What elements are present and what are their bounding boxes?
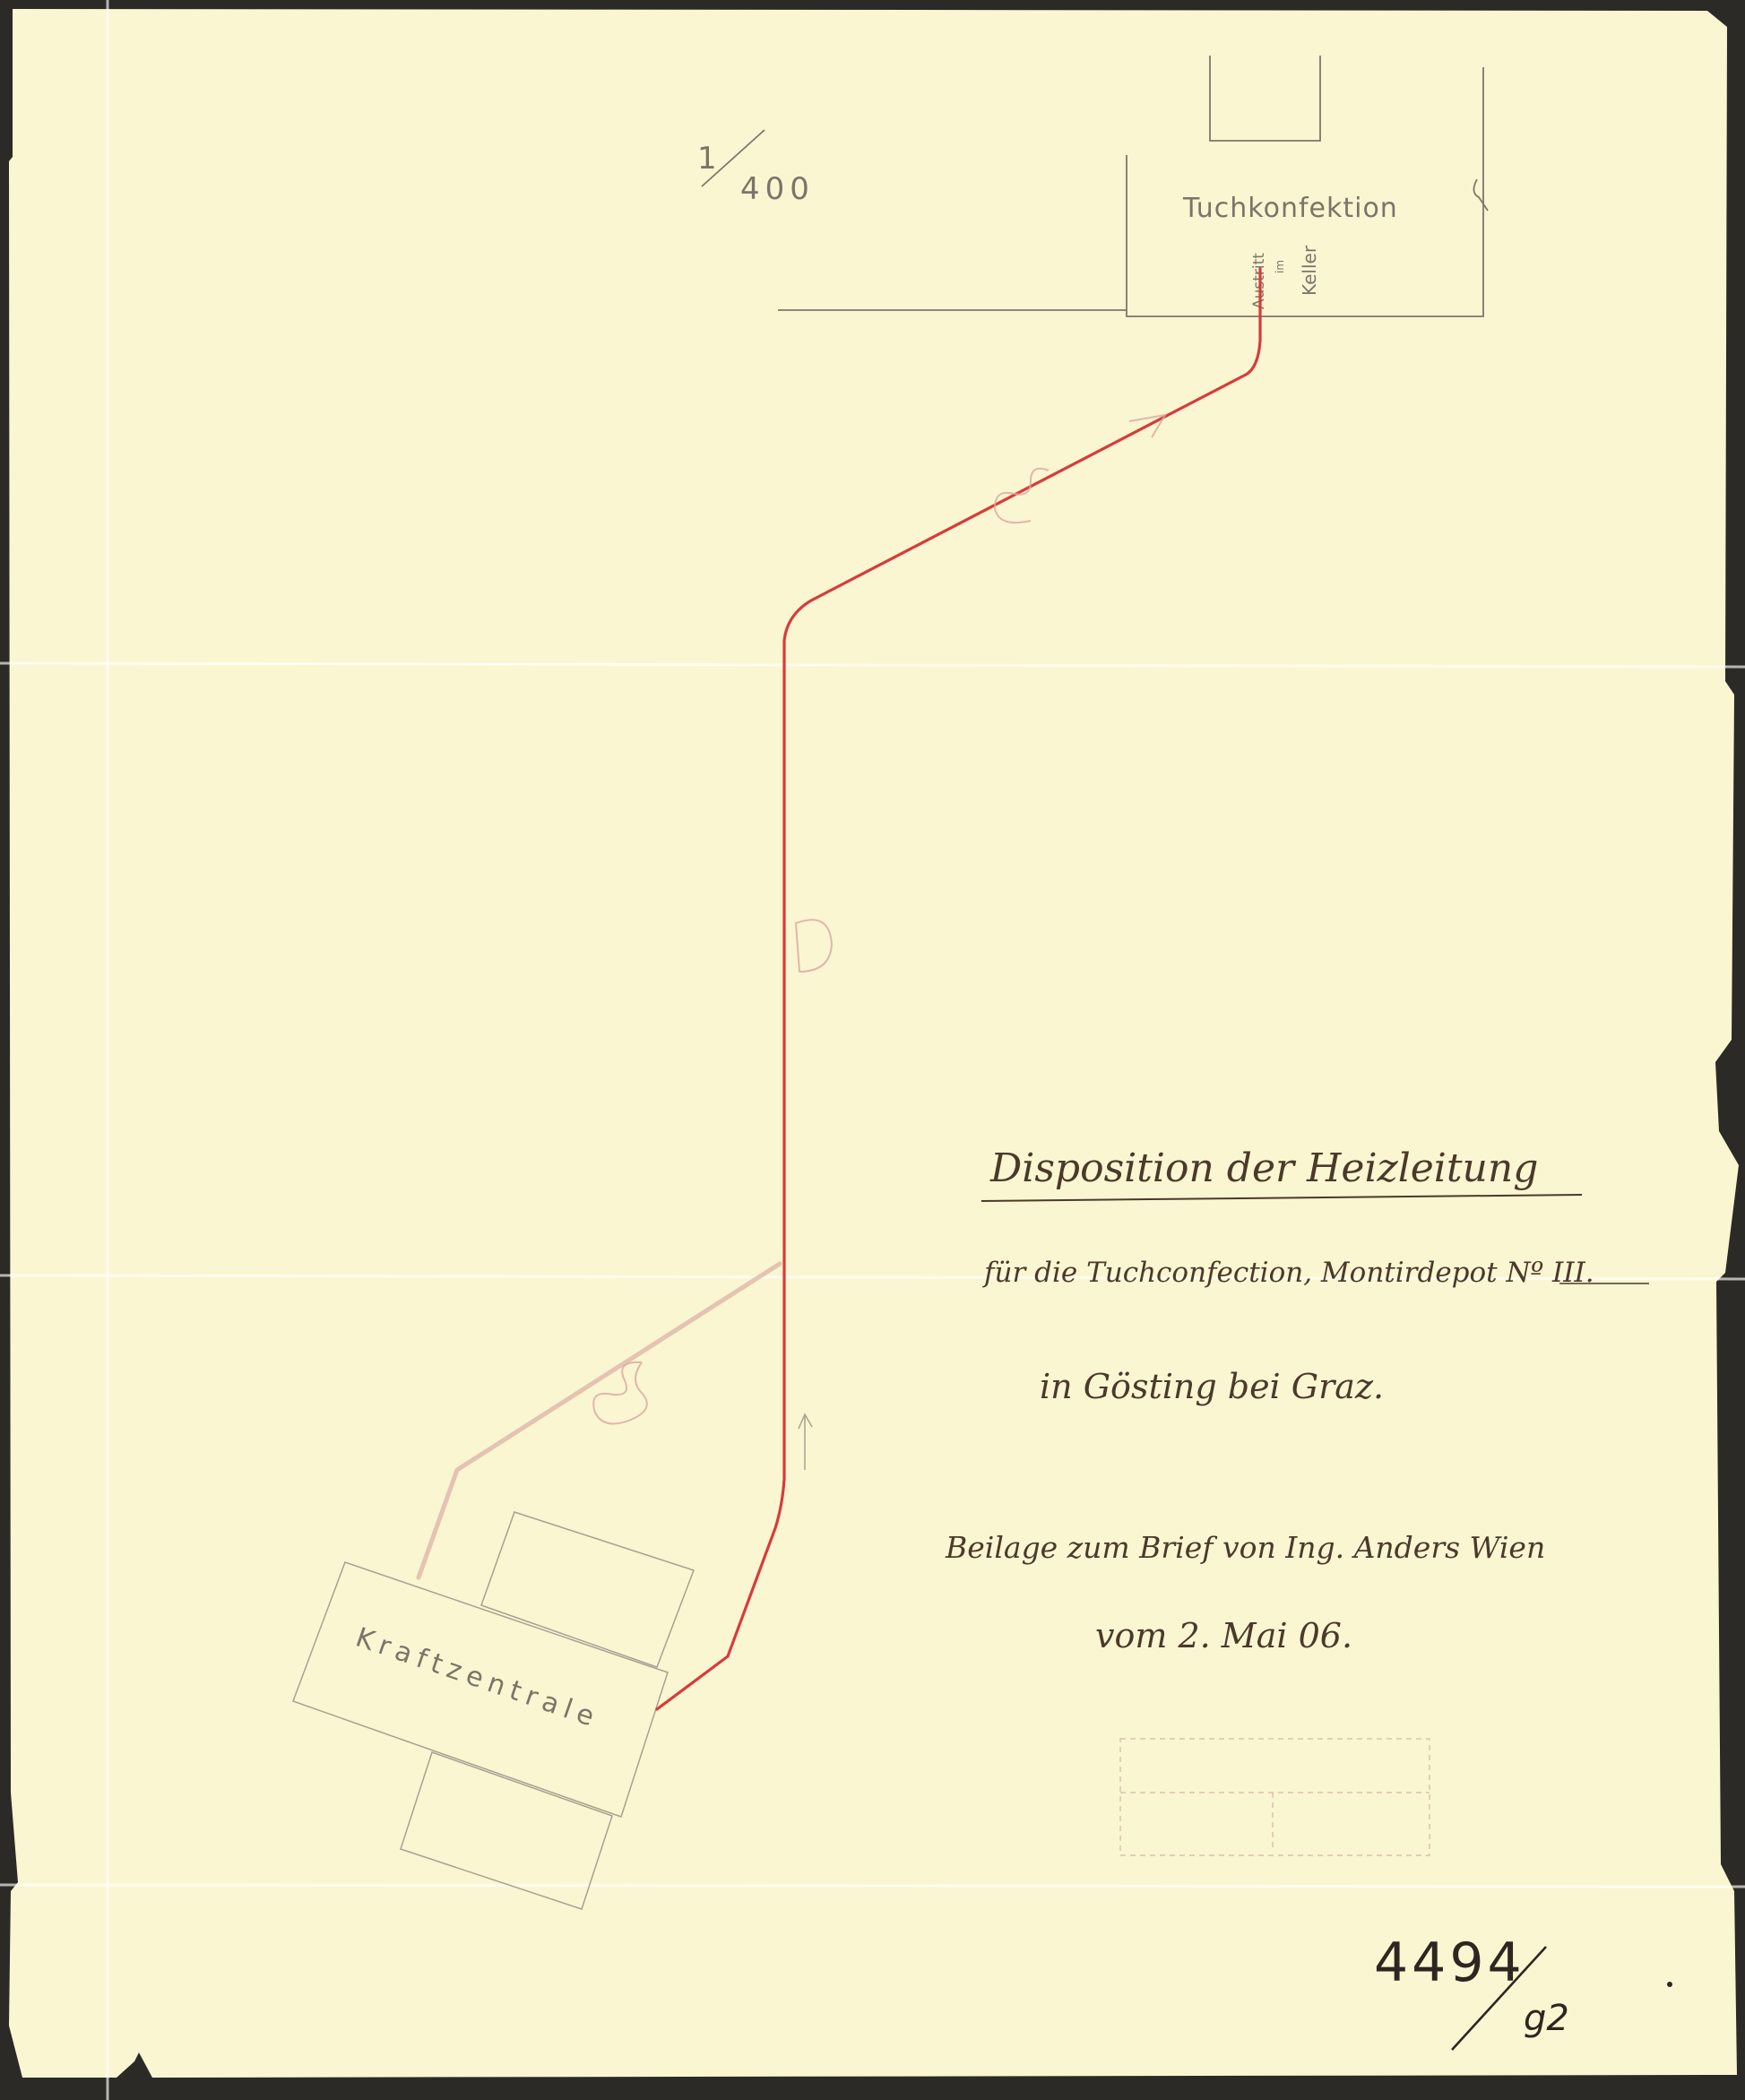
- title-line-1: Disposition der Heizleitung: [989, 1145, 1538, 1191]
- title-line-4: Beilage zum Brief von Ing. Anders Wien: [945, 1530, 1545, 1565]
- fold-line-horizontal-3: [0, 1885, 1745, 1887]
- title-line-2: für die Tuchconfection, Montirdepot Nº I…: [982, 1257, 1594, 1289]
- title-line-3: in Gösting bei Graz.: [1040, 1367, 1384, 1406]
- title-line-5: vom 2. Mai 06.: [1095, 1616, 1352, 1655]
- scanned-plan-sheet: 1 400 Tuchkonfektion Austritt im Keller …: [0, 0, 1745, 2100]
- label-keller: Keller: [1299, 245, 1320, 296]
- svg-text:400: 400: [740, 171, 815, 207]
- paper: [9, 9, 1739, 2078]
- svg-text:g2: g2: [1524, 1998, 1569, 2039]
- svg-text:1: 1: [697, 141, 717, 177]
- svg-text:im: im: [1274, 260, 1286, 273]
- label-tuchkonfektion: Tuchkonfektion: [1182, 193, 1398, 224]
- svg-text:4494: 4494: [1374, 1931, 1525, 1994]
